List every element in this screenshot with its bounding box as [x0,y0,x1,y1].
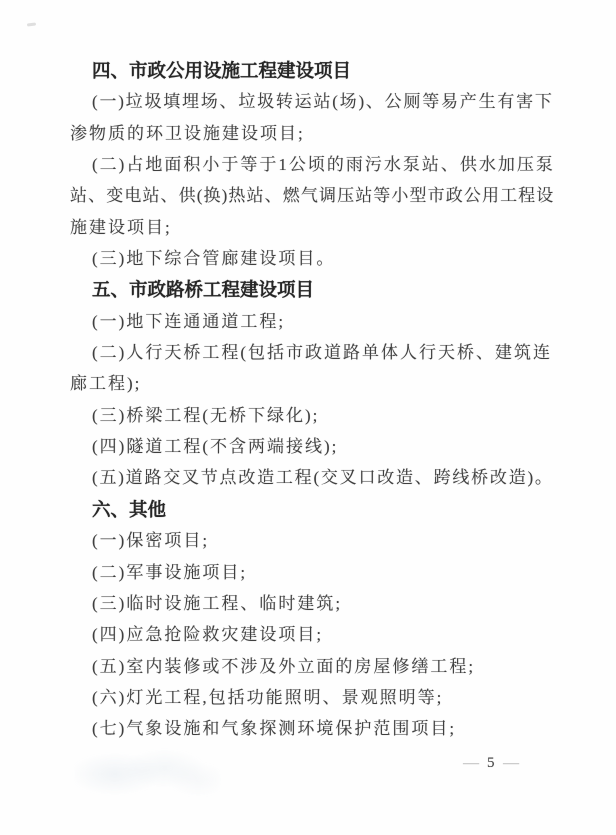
paragraph-line: (四)隧道工程(不含两端接线); [70,431,554,462]
faded-stamp-watermark [74,746,220,802]
document-body: 四、市政公用设施工程建设项目(一)垃圾填埋场、垃圾转运站(场)、公厕等易产生有害… [70,55,554,745]
scan-artifact [27,22,36,26]
section-heading: 五、市政路桥工程建设项目 [70,274,554,305]
paragraph-line: (五)道路交叉节点改造工程(交叉口改造、跨线桥改造)。 [70,462,554,493]
paragraph-line: (三)地下综合管廊建设项目。 [70,243,554,274]
page-number: 5 [487,755,495,772]
section-heading: 四、市政公用设施工程建设项目 [70,55,554,86]
footer-dash-right: — [502,756,518,772]
paragraph-line: (三)桥梁工程(无桥下绿化); [70,400,554,431]
paragraph-line: (三)临时设施工程、临时建筑; [70,588,554,619]
paragraph-line: (四)应急抢险救灾建设项目; [70,619,554,650]
paragraph-line: (一)地下连通通道工程; [70,306,554,337]
paragraph-line: (二)军事设施项目; [70,557,554,588]
paragraph-line: (一)垃圾填埋场、垃圾转运站(场)、公厕等易产生有害下 [70,86,554,117]
paragraph-line: (二)人行天桥工程(包括市政道路单体人行天桥、建筑连 [70,337,554,368]
page-footer: — 5 — [464,755,518,772]
paragraph-line: (一)保密项目; [70,525,554,556]
paragraph-line: (二)占地面积小于等于1公顷的雨污水泵站、供水加压泵 [70,149,554,180]
footer-dash-left: — [463,756,479,772]
document-page: 四、市政公用设施工程建设项目(一)垃圾填埋场、垃圾转运站(场)、公厕等易产生有害… [0,0,616,835]
paragraph-line: (七)气象设施和气象探测环境保护范围项目; [70,713,554,744]
paragraph-line: 渗物质的环卫设施建设项目; [70,118,554,149]
paragraph-line: 站、变电站、供(换)热站、燃气调压站等小型市政公用工程设 [70,180,554,211]
paragraph-line: (六)灯光工程,包括功能照明、景观照明等; [70,682,554,713]
paragraph-line: 廊工程); [70,368,554,399]
paragraph-line: (五)室内装修或不涉及外立面的房屋修缮工程; [70,651,554,682]
paragraph-line: 施建设项目; [70,212,554,243]
section-heading: 六、其他 [70,494,554,525]
